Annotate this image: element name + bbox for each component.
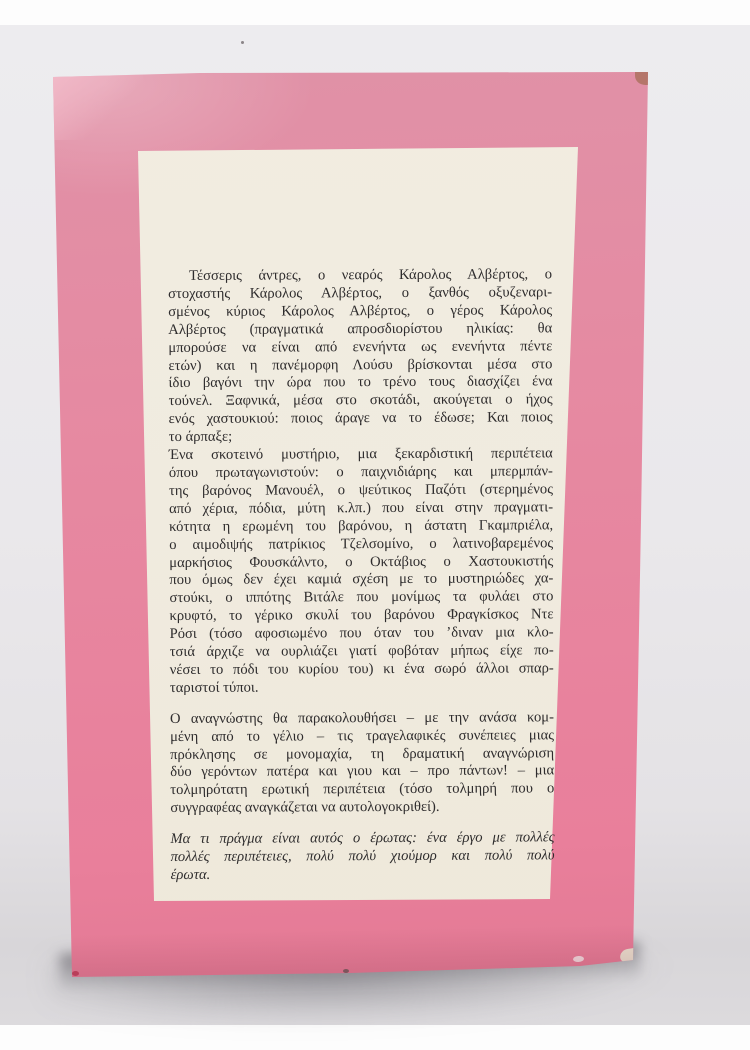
wall-speck xyxy=(241,41,244,44)
blurb-line: Τέσσερις άντρες, ο νεαρός Κάρολος Αλβέρτ… xyxy=(168,266,552,286)
blurb-line: δύο γερόντων πατέρα και γιου και – προ π… xyxy=(170,763,554,783)
blurb-paragraph: Μα τι πράγμα είναι αυτός ο έρωτας: ένα έ… xyxy=(170,830,554,885)
blurb-line: σμένος κύριος Κάρολος Αλβέρτος, ο γέρος … xyxy=(168,302,552,322)
blurb-line: έρωτα. xyxy=(171,865,555,885)
blurb-line: νέσει το πόδι του κυρίου του) κι ένα σωρ… xyxy=(170,660,554,680)
blurb-line: Ένα σκοτεινό μυστήριο, μια ξεκαρδιστική … xyxy=(169,445,553,465)
blurb-line: μπορούσε να είναι από ενενήντα ως ενενήν… xyxy=(168,338,552,358)
blurb-line: κρυφτό, το γέρικο σκυλί του βαρόνου Φραγ… xyxy=(169,607,553,627)
wear-mark-bottom-edge xyxy=(343,969,349,973)
blurb-line: συγγραφέας αναγκάζεται να αυτολογοκριθεί… xyxy=(170,799,554,819)
blurb-paragraph: Ο αναγνώστης θα παρακολουθήσει – με την … xyxy=(170,709,554,818)
blurb-line: πρόκλησης σε μονομαχία, τη δραματική ανα… xyxy=(170,745,554,765)
blurb-line: Ρόσι (τόσο αφοσιωμένο που όταν του ’δινα… xyxy=(170,624,554,644)
blurb-line: που όμως δεν έχει καμιά σχέση με το μυστ… xyxy=(169,571,553,591)
blurb-line: από χέρια, πόδια, μύτη κ.λπ.) που είναι … xyxy=(169,499,553,519)
blurb-line: πολλές περιπέτειες, πολύ πολύ χιούμορ κα… xyxy=(171,847,555,867)
blurb-line: το άρπαξε; xyxy=(169,427,553,447)
blurb-paragraph: Ένα σκοτεινό μυστήριο, μια ξεκαρδιστική … xyxy=(169,445,554,697)
blurb-line: στούκι, ο ιππότης Βιτάλε που μονίμως τα … xyxy=(169,589,553,609)
blurb-line: μαρκήσιος Φουσκάλντο, ο Οκτάβιος ο Χαστο… xyxy=(169,553,553,573)
blurb-line: Αλβέρτος (πραγματικά απροσδιορίστου ηλικ… xyxy=(168,320,552,340)
blurb-line: Μα τι πράγμα είναι αυτός ο έρωτας: ένα έ… xyxy=(170,830,554,850)
blurb-line: στοχαστής Κάρολος Αλβέρτος, ο ξανθός οξυ… xyxy=(168,284,552,304)
photo-of-book: Τέσσερις άντρες, ο νεαρός Κάρολος Αλβέρτ… xyxy=(0,0,750,1050)
blurb-text: Τέσσερις άντρες, ο νεαρός Κάρολος Αλβέρτ… xyxy=(168,266,555,885)
blurb-line: ίδιο βαγόνι την ώρα που το τρένο τους δι… xyxy=(168,374,552,394)
blurb-line: της βαρόνος Μανουέλ, ο ψεύτικος Παζότι (… xyxy=(169,481,553,501)
blurb-line: μένη από το γέλιο – τις τραγελαφικές συν… xyxy=(170,727,554,747)
blurb-line: τούνελ. Ξαφνικά, μέσα στο σκοτάδι, ακούγ… xyxy=(169,392,553,412)
blurb-line: τολμηρότατη ερωτική περιπέτεια (τόσο τολ… xyxy=(170,781,554,801)
blurb-line: ο αιμοδιψής πατρίκιος Τζελσομίνο, ο λατι… xyxy=(169,535,553,555)
blurb-paragraph: Τέσσερις άντρες, ο νεαρός Κάρολος Αλβέρτ… xyxy=(168,266,553,447)
blurb-line: ετών) και η πανέμορφη Λούσυ βρίσκονται μ… xyxy=(168,356,552,376)
corner-curl-highlight xyxy=(48,70,143,140)
blurb-line: Ο αναγνώστης θα παρακολουθήσει – με την … xyxy=(170,709,554,729)
blurb-line: κότητα η ερωμένη του βαρόνου, η άστατη Γ… xyxy=(169,517,553,537)
blurb-line: όπου πρωταγωνιστούν: ο παιχνιδιάρης και … xyxy=(169,463,553,483)
blurb-line: ενός χαστουκιού: ποιος άραγε να το έδωσε… xyxy=(169,410,553,430)
blurb-line: τσιά άρχιζε να ουρλιάζει γιατί φοβόταν μ… xyxy=(170,642,554,662)
worn-corner-top-right xyxy=(635,72,650,85)
wear-mark-bottom-right xyxy=(573,956,584,963)
wear-mark-bottom-left xyxy=(72,971,79,976)
blurb-line: ταριστοί τύποι. xyxy=(170,678,554,698)
